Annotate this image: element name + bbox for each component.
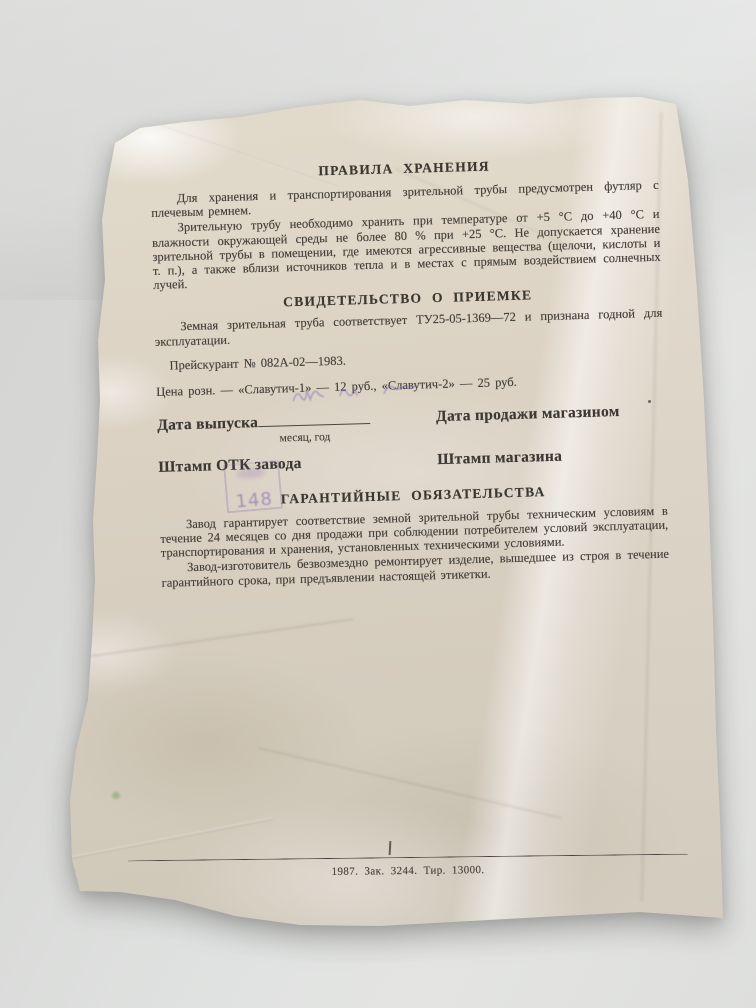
green-mark	[112, 792, 120, 799]
control-stamp: 148	[223, 460, 283, 514]
printed-leaflet-text: ПРАВИЛА ХРАНЕНИЯ Для хранения и транспор…	[150, 154, 670, 590]
acceptance-paragraph: Земная зрительная труба соответствует ТУ…	[154, 306, 663, 349]
stamp-smudge	[235, 467, 266, 480]
date-fields-row: Дата выпуска месяц, год Дата продажи маг…	[157, 402, 666, 450]
storage-paragraph-2: Зрительную трубу необходимо хранить при …	[151, 207, 661, 292]
photo-of-warranty-leaflet: ПРАВИЛА ХРАНЕНИЯ Для хранения и транспор…	[0, 0, 756, 1008]
stamp-number: 148	[227, 488, 281, 513]
ink-dot	[648, 400, 651, 403]
crease-line	[86, 618, 354, 658]
date-of-issue-blank-line	[258, 410, 370, 427]
shop-stamp-label: Штамп магазина	[437, 447, 562, 468]
crease-line	[259, 747, 562, 819]
date-of-issue-label: Дата выпуска	[157, 414, 258, 434]
crease-line	[67, 817, 274, 860]
month-year-hint: месяц, год	[279, 422, 665, 445]
pricelist-line: Прейскурант № 082А-02—1983.	[155, 345, 663, 374]
date-of-sale-label: Дата продажи магазином	[436, 403, 620, 426]
